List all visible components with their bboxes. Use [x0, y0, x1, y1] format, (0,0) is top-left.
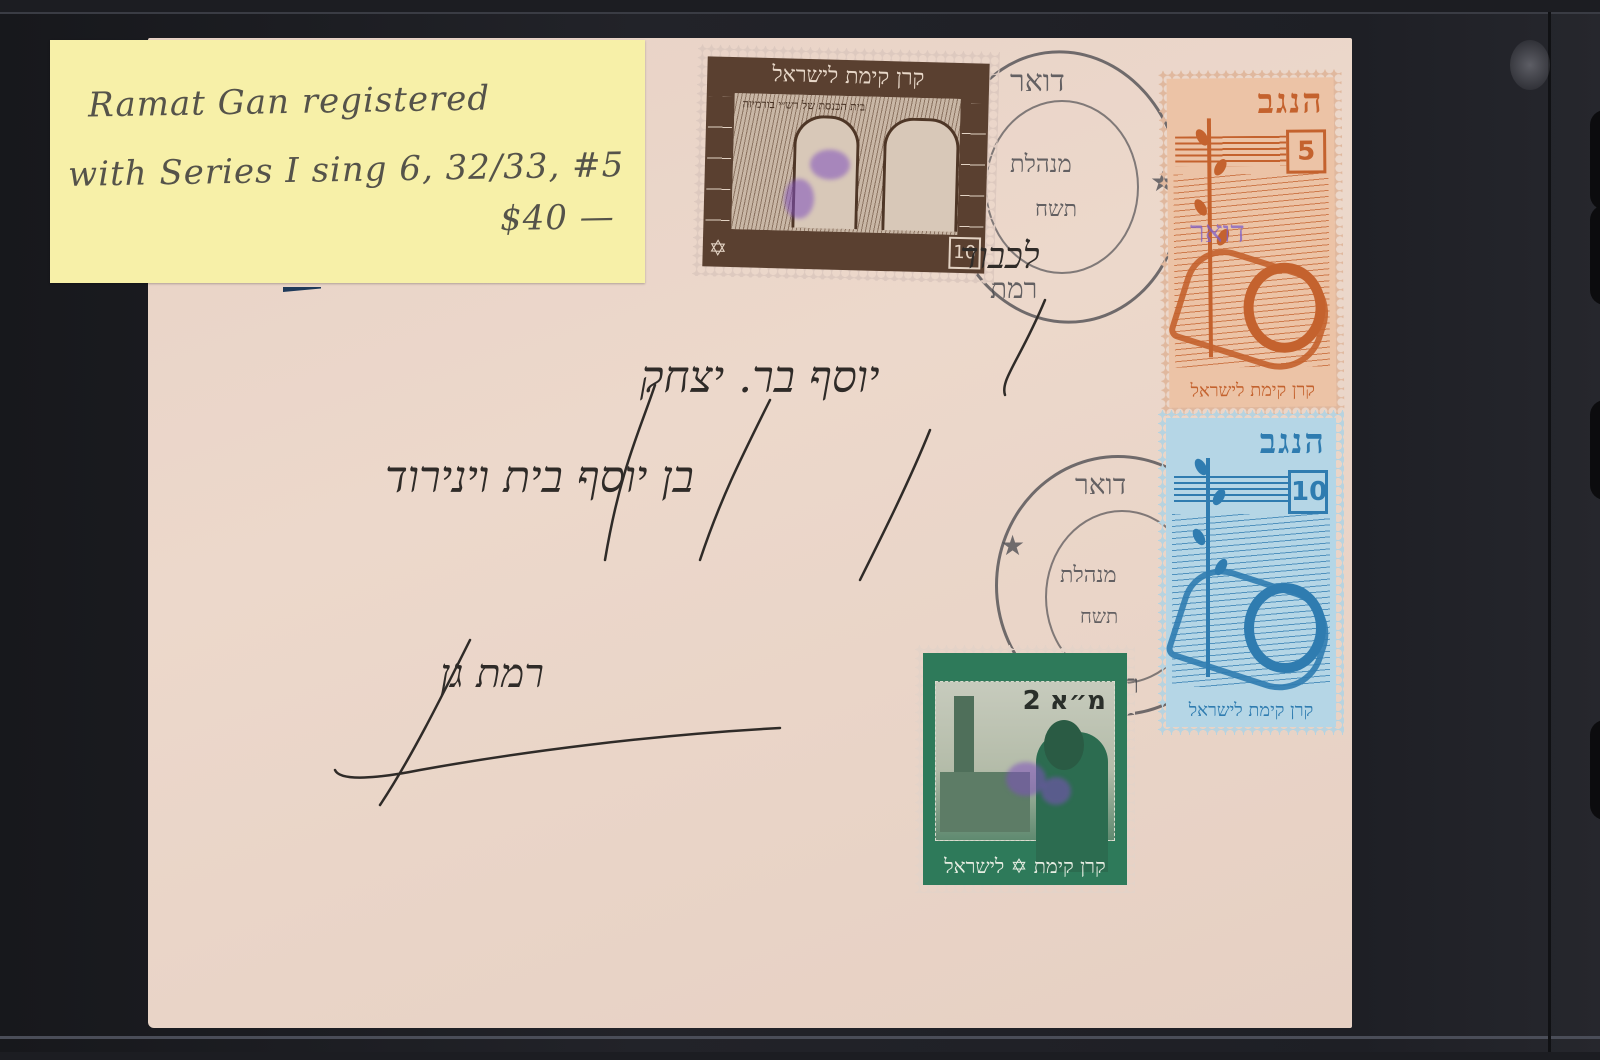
- star-of-david-icon: ✡: [708, 238, 727, 260]
- address-name: יוסף בר. יצחק: [640, 352, 880, 403]
- binder-hole: [1590, 400, 1600, 500]
- address-city: רמת גן: [440, 650, 544, 697]
- horizon-lines: [1175, 136, 1286, 167]
- stamp-caption: בית הכנסת של רש״י בורמיזה: [742, 97, 865, 113]
- postmark-1-outer-text: דואר: [1010, 64, 1065, 99]
- postmark-2-line1: מנהלת: [1060, 562, 1117, 588]
- violet-cancel: [1006, 762, 1046, 796]
- sleeve-top-edge: [0, 12, 1600, 14]
- postmark-2-line2: תשח: [1080, 604, 1118, 629]
- stamp-value: 5: [1286, 129, 1326, 173]
- stamp-caption: קרן קימת לישראל: [1169, 379, 1336, 401]
- horizon-lines: [1174, 476, 1288, 506]
- sapling-icon: [1206, 458, 1210, 677]
- pipe-opening: [1243, 262, 1326, 353]
- stamp-caption: קרן קימת לישראל: [1166, 700, 1336, 721]
- binder-hole: [1590, 205, 1600, 305]
- stamp-face: מ״א 2 קרן קימת ✡ לישראל: [923, 653, 1127, 885]
- stamp-border-right: [959, 103, 986, 234]
- note-line-1: Ramat Gan registered: [88, 78, 491, 125]
- stamp-title: הנגב: [1257, 81, 1324, 122]
- binder-hole: [1590, 110, 1600, 210]
- postmark-1-line2: תשח: [1035, 196, 1077, 222]
- address-salutation: לכבוד: [960, 235, 1040, 277]
- stamp-face: קרן קימת לישראל בית הכנסת של רש״י בורמיז…: [702, 56, 989, 273]
- stamp-value: 10: [1288, 470, 1328, 514]
- sleeve-bottom-edge: [0, 1036, 1600, 1039]
- stamp-negev-5: הנגב 5 קרן קימת לישראל: [1158, 69, 1344, 416]
- stamp-title: הנגב: [1260, 422, 1326, 462]
- stamp-surcharge: מ״א 2: [1023, 686, 1106, 716]
- violet-cancel: [1041, 777, 1071, 805]
- stamp-face: הנגב 10 קרן קימת לישראל: [1166, 418, 1336, 727]
- address-line-2: בן יוסף בית וינירוד: [385, 452, 694, 503]
- stamp-top-text: קרן קימת לישראל: [707, 56, 990, 97]
- stamp-synagogue: קרן קימת לישראל בית הכנסת של רש״י בורמיז…: [692, 44, 1000, 284]
- dealer-note: Ramat Gan registered with Series I sing …: [50, 40, 645, 283]
- arch: [881, 117, 960, 232]
- herzl-illustration: מ״א 2: [935, 681, 1115, 841]
- stamp-caption: קרן קימת ✡ לישראל: [923, 854, 1127, 879]
- herzl-head: [1044, 720, 1084, 770]
- violet-handstamp: דואר: [1190, 215, 1245, 250]
- stamp-bottom-border: ✡ 10: [702, 230, 985, 273]
- binder-hole: [1590, 720, 1600, 820]
- stamp-herzl: מ״א 2 קרן קימת ✡ לישראל: [915, 645, 1135, 893]
- plastic-glare: [1510, 40, 1550, 90]
- postmark-star-icon: ★: [1000, 532, 1025, 560]
- postmark-2-outer-text: דואר: [1075, 468, 1126, 502]
- sleeve-divider: [1548, 12, 1551, 1052]
- postmark-1-line1: מנהלת: [1010, 150, 1072, 179]
- note-line-2: with Series I sing 6, 32/33, #5: [68, 145, 625, 195]
- stamp-border-left: [705, 96, 732, 227]
- postmark-1-bottom: רמת: [990, 272, 1037, 306]
- note-price: $40 —: [500, 197, 615, 239]
- pipe-opening: [1244, 583, 1326, 673]
- stamp-negev-10: הנגב 10 קרן קימת לישראל: [1158, 410, 1344, 735]
